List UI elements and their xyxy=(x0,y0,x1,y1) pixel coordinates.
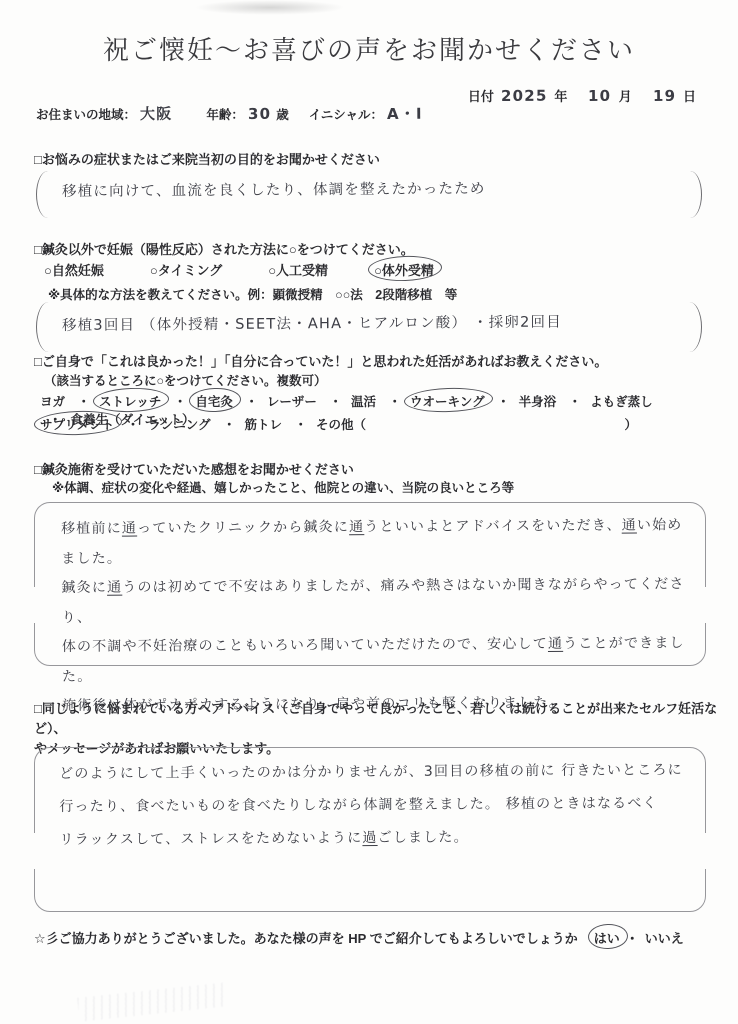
open-paren-mark xyxy=(36,171,50,218)
impression-line-2: 鍼灸に通うのは初めてで不安はありましたが、痛みや熱さはないか聞きながらやってくだ… xyxy=(61,570,687,633)
close-paren-mark xyxy=(688,302,702,352)
method-option-label: ○タイミング xyxy=(150,260,222,279)
self-care-option-label: レーザー xyxy=(267,392,317,410)
consent-yes: はい xyxy=(594,928,620,947)
initial-value: A・I xyxy=(387,103,423,124)
self-care-option-label: ストレッチ xyxy=(99,392,161,410)
self-care-heading: □ご自身で「これは良かった！」「自分に合っていた！」と思われた妊活があればお教え… xyxy=(34,351,607,370)
self-care-options-row2: サプリメント ランニング 筋トレ その他（ ） xyxy=(40,415,637,433)
advice-line-3: リラックスして、ストレスをためないように過ごしました。 xyxy=(59,820,687,857)
self-care-options-row2-list: サプリメント ランニング 筋トレ その他（ xyxy=(40,418,370,432)
footer-consent-row: ☆彡ご協力ありがとうございました。あなた様の声を HP でご紹介してもよろしいで… xyxy=(34,928,684,947)
thanks-text: ☆彡ご協力ありがとうございました。あなた様の声を HP でご紹介してもよろしいで… xyxy=(34,928,578,947)
self-care-option-label: ウオーキング xyxy=(410,392,485,410)
impression-answer-box: 移植前に通っていたクリニックから鍼灸に通うといいよとアドバイスをいただき、通い始… xyxy=(34,502,706,666)
self-care-option: ヨガ xyxy=(40,392,65,410)
method-option-label: ○自然妊娠 xyxy=(44,260,104,279)
advice-line-1: どのようにして上手くいったのかは分かりませんが、3回目の移植の前に 行きたいとこ… xyxy=(59,754,687,791)
method-option-label: ○人工受精 xyxy=(268,260,328,279)
date-year-suffix: 年 xyxy=(554,86,567,105)
self-care-option: 筋トレ xyxy=(214,415,282,433)
date-month-value: 10 xyxy=(588,87,611,105)
self-care-option-label: ランニング xyxy=(148,415,210,433)
self-care-option: 自宅灸 xyxy=(165,392,233,410)
scanned-questionnaire-page: 祝ご懐妊～お喜びの声をお聞かせください 日付 2025 年 10 月 19 日 … xyxy=(0,0,738,1024)
self-care-option-label: 半身浴 xyxy=(519,392,557,410)
self-care-option: レーザー xyxy=(236,392,317,410)
method-heading: □鍼灸以外で妊娠（陽性反応）された方法に○をつけてください。 xyxy=(34,239,414,258)
method-options-row: ○自然妊娠 ○タイミング ○人工受精 ○体外受精 xyxy=(44,260,434,279)
advice-heading-line1: □同じように悩まれている方へアドバイス（ご自身でやって良かったこと、若しくは続け… xyxy=(34,699,738,739)
scan-artifact-top xyxy=(195,0,345,15)
self-care-option-label: 筋トレ xyxy=(245,415,283,433)
date-month-suffix: 月 xyxy=(619,86,632,105)
method-option: ○タイミング xyxy=(150,260,222,279)
self-care-option: 温活 xyxy=(320,392,376,410)
method-option-label: ○体外受精 xyxy=(374,260,434,279)
method-answer-field: 移植3回目 （体外授精・SEET法・AHA・ヒアルロン酸） ・採卵2回目 xyxy=(36,302,702,352)
self-care-option-label: 温活 xyxy=(351,392,376,410)
self-care-option: その他（ xyxy=(286,415,367,433)
self-care-option: よもぎ蒸し xyxy=(560,392,653,410)
self-care-option: ウオーキング xyxy=(379,392,484,410)
consent-no: いいえ xyxy=(645,928,684,947)
self-care-option: ランニング xyxy=(118,415,211,433)
date-day-suffix: 日 xyxy=(683,86,696,105)
date-day-value: 19 xyxy=(653,87,676,105)
impression-subnote: ※体調、症状の変化や経過、嬉しかったこと、他院との違い、当院の良いところ等 xyxy=(52,478,514,496)
symptoms-answer-field: 移植に向けて、血流を良くしたり、体調を整えたかったため xyxy=(36,171,702,218)
date-label: 日付 xyxy=(468,86,494,105)
self-care-option-label: ヨガ xyxy=(40,392,65,410)
method-option: ○人工受精 xyxy=(268,260,328,279)
profile-row: お住まいの地域： 大阪 年齢： 30 歳 イニシャル： A・I xyxy=(36,103,423,124)
self-care-option: サプリメント xyxy=(40,415,114,433)
symptoms-answer: 移植に向けて、血流を良くしたり、体調を整えたかったため xyxy=(62,177,486,201)
method-option: ○体外受精 xyxy=(374,260,434,279)
advice-answer-box: どのようにして上手くいったのかは分かりませんが、3回目の移植の前に 行きたいとこ… xyxy=(34,747,706,912)
date-year-value: 2025 xyxy=(501,87,548,105)
self-care-option-label: 自宅灸 xyxy=(195,392,233,410)
method-note: ※具体的な方法を教えてください。例：顕微授精 ○○法 2段階移植 等 xyxy=(48,285,457,303)
date-row: 日付 2025 年 10 月 19 日 xyxy=(468,86,696,105)
self-care-option-label: よもぎ蒸し xyxy=(590,392,653,410)
pencil-smudge-mark xyxy=(77,982,229,1022)
self-care-option-label: サプリメント xyxy=(40,415,114,433)
close-paren-mark xyxy=(688,171,702,218)
page-title: 祝ご懐妊～お喜びの声をお聞かせください xyxy=(0,30,738,67)
region-label: お住まいの地域： xyxy=(36,105,136,123)
age-value: 30 xyxy=(248,105,271,123)
method-option: ○自然妊娠 xyxy=(44,260,104,279)
age-suffix: 歳 xyxy=(276,105,289,123)
advice-line-2: 行ったり、食べたいものを食べたりしながら体調を整えました。 移植のときはなるべく xyxy=(59,787,687,824)
method-answer: 移植3回目 （体外授精・SEET法・AHA・ヒアルロン酸） ・採卵2回目 xyxy=(62,311,562,335)
region-value: 大阪 xyxy=(140,103,173,124)
self-care-option: ストレッチ xyxy=(69,392,162,410)
other-close-paren: ） xyxy=(625,418,638,432)
initial-label: イニシャル： xyxy=(309,105,383,123)
self-care-option-label: その他（ xyxy=(316,415,366,433)
impression-line-3: 体の不調や不妊治療のこともいろいろ聞いていただけたので、安心して通うことができま… xyxy=(62,629,688,692)
symptoms-heading: □お悩みの症状またはご来院当初の目的をお聞かせください xyxy=(34,149,380,168)
impression-heading: □鍼灸施術を受けていただいた感想をお聞かせください xyxy=(34,459,354,478)
open-paren-mark xyxy=(36,302,50,352)
self-care-subnote: （該当するところに○をつけてください。複数可） xyxy=(44,371,327,389)
impression-line-1: 移植前に通っていたクリニックから鍼灸に通うといいよとアドバイスをいただき、通い始… xyxy=(61,511,687,574)
age-label: 年齢： xyxy=(206,105,244,123)
self-care-option: 半身浴 xyxy=(488,392,556,410)
